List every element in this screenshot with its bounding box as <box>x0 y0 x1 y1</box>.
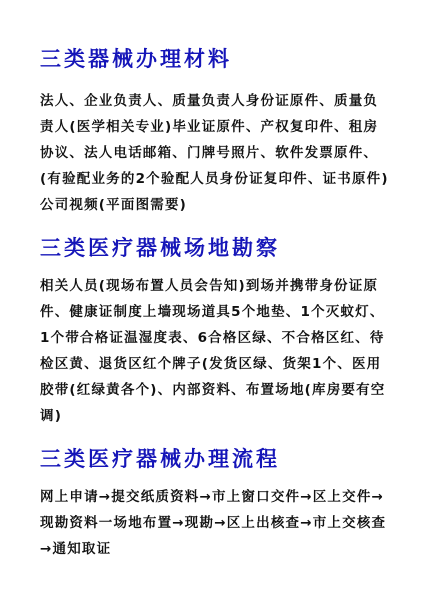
section-body-process: 网上申请→提交纸质资料→市上窗口交件→区上交件→现勘资料一场地布置→现勘→区上出… <box>40 484 390 562</box>
section-title-process: 三类医疗器械办理流程 <box>40 443 280 473</box>
section-body-materials: 法人、企业负责人、质量负责人身份证原件、质量负责人(医学相关专业)毕业证原件、产… <box>40 88 390 218</box>
section-title-site-inspection: 三类医疗器械场地勘察 <box>40 232 280 262</box>
document-page: 三类器械办理材料 法人、企业负责人、质量负责人身份证原件、质量负责人(医学相关专… <box>0 0 424 600</box>
section-title-materials: 三类器械办理材料 <box>40 43 232 73</box>
section-body-site-inspection: 相关人员(现场布置人员会告知)到场并携带身份证原件、健康证制度上墙现场道具5个地… <box>40 273 390 429</box>
